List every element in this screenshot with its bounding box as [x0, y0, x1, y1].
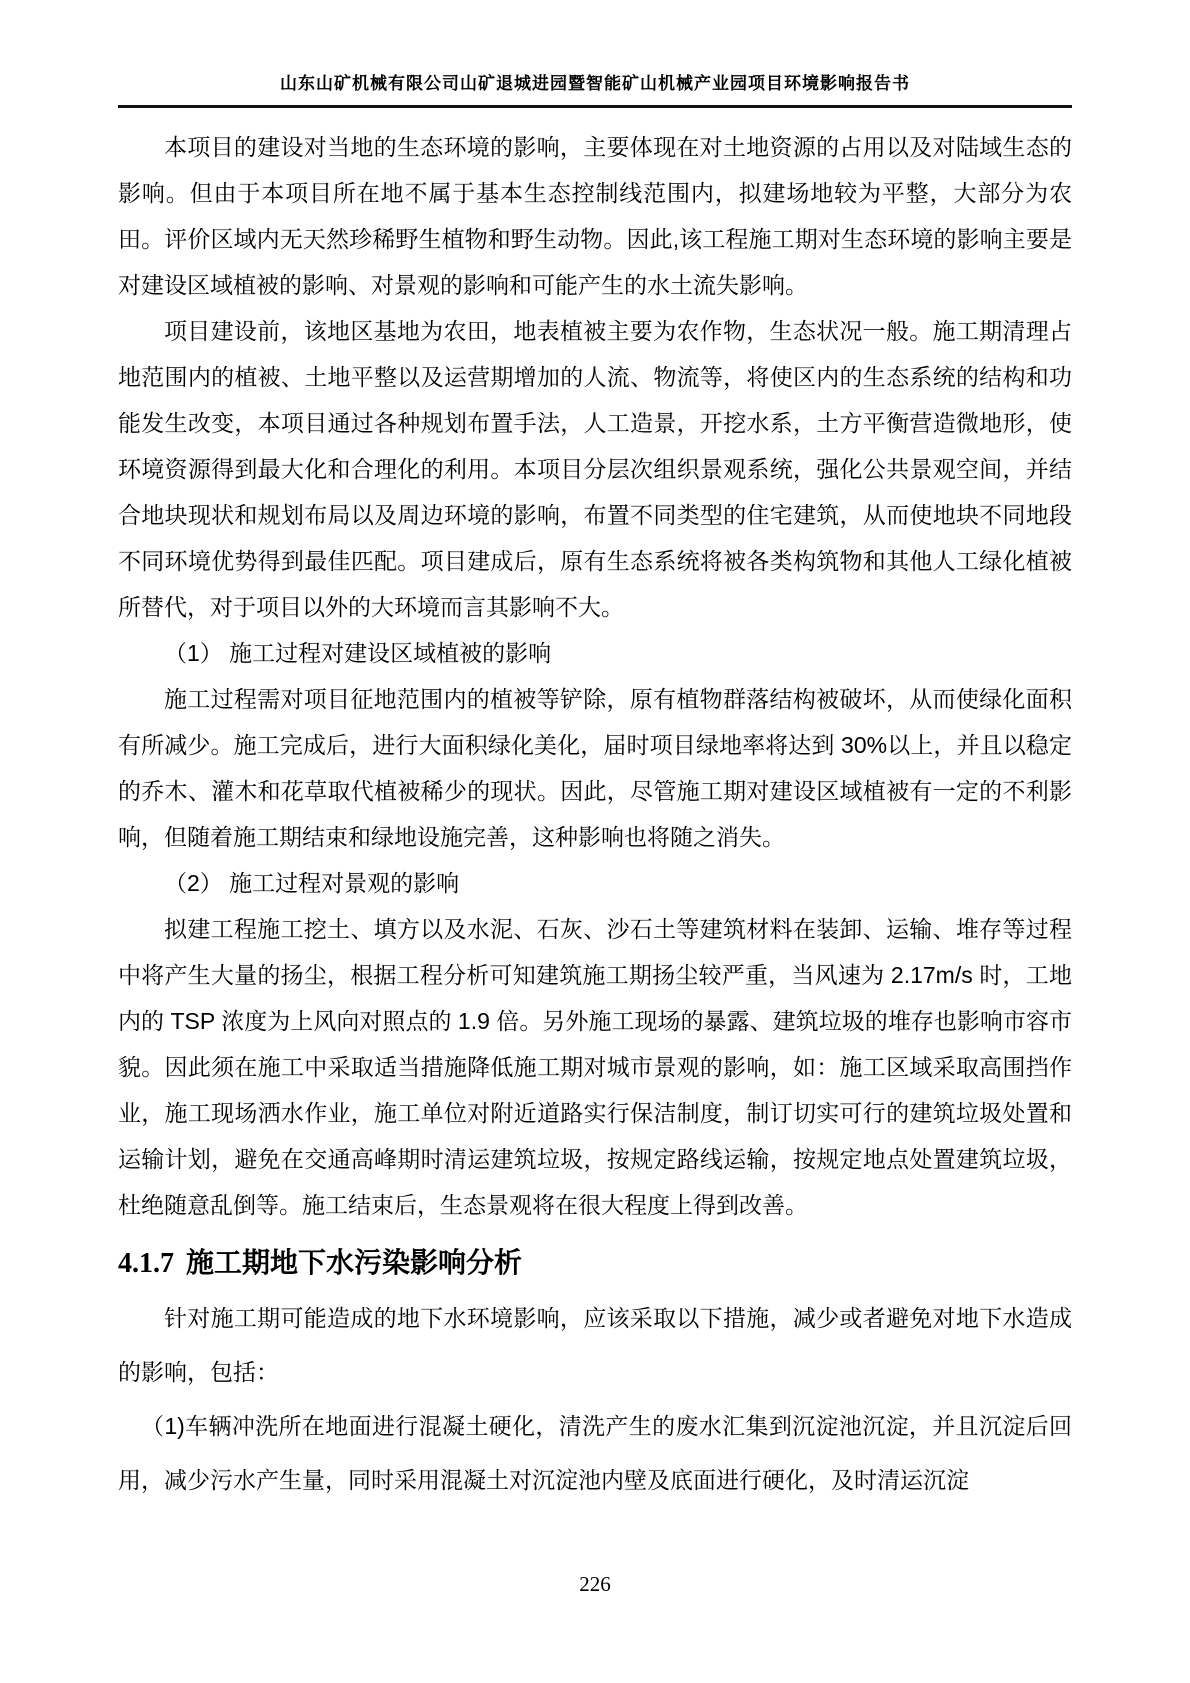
header-divider — [118, 105, 1072, 108]
paragraph-groundwater-intro: 针对施工期可能造成的地下水环境影响，应该采取以下措施，减少或者避免对地下水造成的… — [118, 1291, 1072, 1399]
section-heading-4-1-7: 4.1.7施工期地下水污染影响分析 — [118, 1242, 1072, 1285]
paragraph-pre-construction: 项目建设前，该地区基地为农田，地表植被主要为农作物，生态状况一般。施工期清理占地… — [118, 308, 1072, 630]
paragraph-ecology-intro: 本项目的建设对当地的生态环境的影响，主要体现在对土地资源的占用以及对陆域生态的影… — [118, 124, 1072, 308]
page-number: 226 — [579, 1572, 611, 1596]
document-page: 山东山矿机械有限公司山矿退城进园暨智能矿山机械产业园项目环境影响报告书 本项目的… — [0, 0, 1190, 1683]
section-title: 施工期地下水污染影响分析 — [186, 1247, 522, 1278]
report-title-header: 山东山矿机械有限公司山矿退城进园暨智能矿山机械产业园项目环境影响报告书 — [118, 72, 1072, 96]
document-body: 本项目的建设对当地的生态环境的影响，主要体现在对土地资源的占用以及对陆域生态的影… — [118, 124, 1072, 1507]
item-heading-landscape: （2） 施工过程对景观的影响 — [118, 860, 1072, 906]
paragraph-landscape-impact: 拟建工程施工挖土、填方以及水泥、石灰、沙石土等建筑材料在装卸、运输、堆存等过程中… — [118, 906, 1072, 1228]
section-number: 4.1.7 — [118, 1248, 174, 1279]
item-heading-vegetation: （1） 施工过程对建设区域植被的影响 — [118, 630, 1072, 676]
paragraph-measure-1: （1)车辆冲洗所在地面进行混凝土硬化，清洗产生的废水汇集到沉淀池沉淀，并且沉淀后… — [118, 1399, 1072, 1507]
page-header: 山东山矿机械有限公司山矿退城进园暨智能矿山机械产业园项目环境影响报告书 — [118, 0, 1072, 108]
paragraph-vegetation-impact: 施工过程需对项目征地范围内的植被等铲除，原有植物群落结构被破坏，从而使绿化面积有… — [118, 676, 1072, 860]
page-footer: 226 — [0, 1572, 1190, 1597]
